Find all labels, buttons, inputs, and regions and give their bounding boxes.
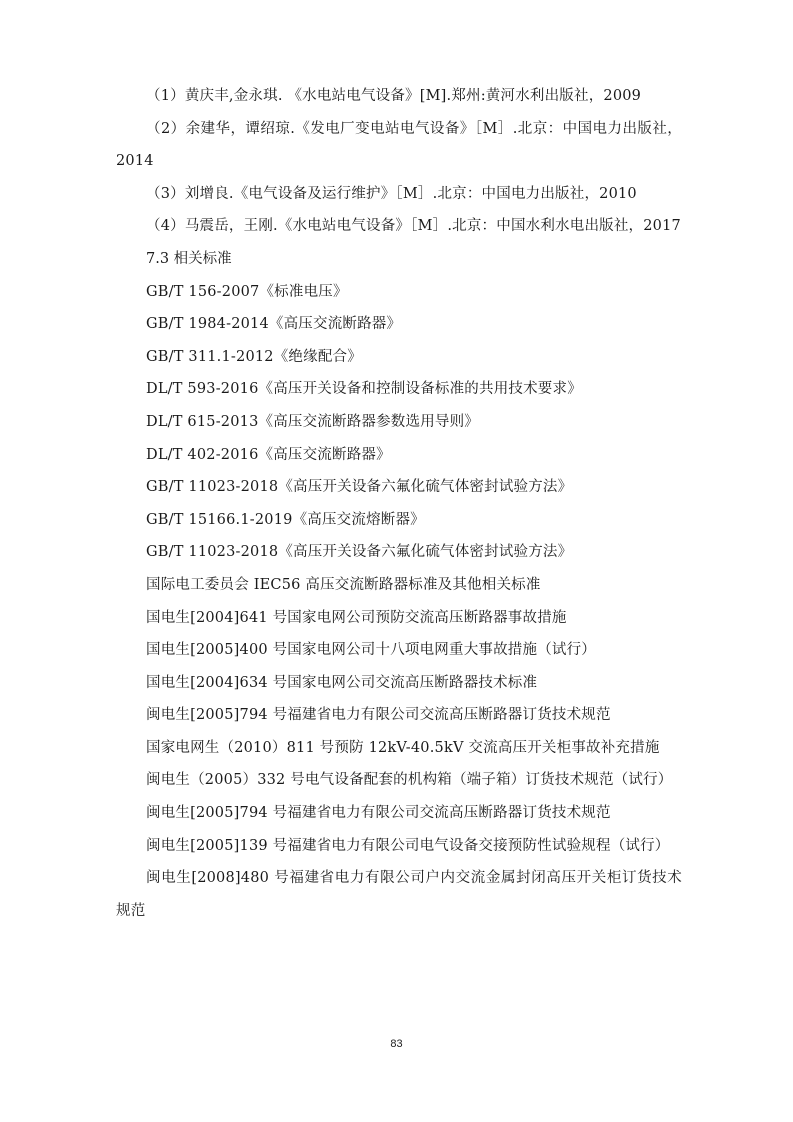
standard-item: DL/T 615-2013《高压交流断路器参数选用导则》 xyxy=(116,406,682,439)
standard-item: DL/T 402-2016《高压交流断路器》 xyxy=(116,439,682,472)
standard-item: DL/T 593-2016《高压开关设备和控制设备标准的共用技术要求》 xyxy=(116,373,682,406)
standard-item: GB/T 311.1-2012《绝缘配合》 xyxy=(116,341,682,374)
standard-item: 国电生[2005]400 号国家电网公司十八项电网重大事故措施（试行） xyxy=(116,634,682,667)
standard-item: 国际电工委员会 IEC56 高压交流断路器标准及其他相关标准 xyxy=(116,569,682,602)
standard-item: 闽电生（2005）332 号电气设备配套的机构箱（端子箱）订货技术规范（试行） xyxy=(116,764,682,797)
standard-item: 闽电生[2005]794 号福建省电力有限公司交流高压断路器订货技术规范 xyxy=(116,699,682,732)
standard-item: GB/T 1984-2014《高压交流断路器》 xyxy=(116,308,682,341)
standard-item: GB/T 11023-2018《高压开关设备六氟化硫气体密封试验方法》 xyxy=(116,471,682,504)
standard-item: 国家电网生（2010）811 号预防 12kV-40.5kV 交流高压开关柜事故… xyxy=(116,732,682,765)
reference-item: （3）刘增良.《电气设备及运行维护》［M］.北京：中国电力出版社，2010 xyxy=(116,178,682,211)
standard-item: 国电生[2004]634 号国家电网公司交流高压断路器技术标准 xyxy=(116,667,682,700)
reference-item: （4）马震岳，王刚.《水电站电气设备》［M］.北京：中国水利水电出版社，2017 xyxy=(116,210,682,243)
standard-item: 国电生[2004]641 号国家电网公司预防交流高压断路器事故措施 xyxy=(116,602,682,635)
reference-item: （2）余建华，谭绍琼.《发电厂变电站电气设备》［M］.北京：中国电力出版社，20… xyxy=(116,113,682,178)
page-number: 83 xyxy=(0,1038,793,1050)
document-page: （1）黄庆丰,金永琪. 《水电站电气设备》[M].郑州:黄河水利出版社，2009… xyxy=(116,80,682,927)
standard-item: 闽电生[2005]139 号福建省电力有限公司电气设备交接预防性试验规程（试行） xyxy=(116,830,682,863)
standard-item: 闽电生[2005]794 号福建省电力有限公司交流高压断路器订货技术规范 xyxy=(116,797,682,830)
standard-item: GB/T 156-2007《标准电压》 xyxy=(116,276,682,309)
standard-item: GB/T 11023-2018《高压开关设备六氟化硫气体密封试验方法》 xyxy=(116,536,682,569)
standard-item: 闽电生[2008]480 号福建省电力有限公司户内交流金属封闭高压开关柜订货技术… xyxy=(116,862,682,927)
standard-item: GB/T 15166.1-2019《高压交流熔断器》 xyxy=(116,504,682,537)
section-heading: 7.3 相关标准 xyxy=(116,243,682,276)
reference-item: （1）黄庆丰,金永琪. 《水电站电气设备》[M].郑州:黄河水利出版社，2009 xyxy=(116,80,682,113)
